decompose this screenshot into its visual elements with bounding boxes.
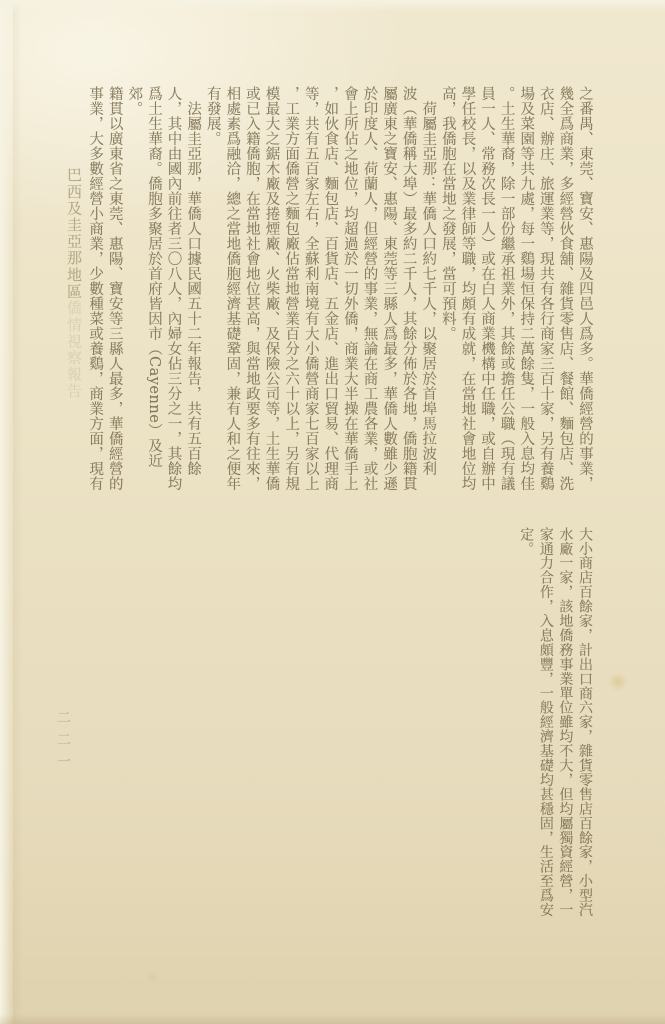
text-column: 場及菜園等共九處，每一鷄場恒保持二萬餘隻，一般入息均佳	[516, 86, 536, 496]
text-column: 法屬圭亞那，華僑人口據民國五十二年報告，共有五百餘	[183, 86, 203, 496]
side-title-faint: 僑情視察報告	[65, 300, 83, 400]
text-column: 員一人、常務次長一人）或在白人商業機構中任職，或自辦中	[476, 86, 496, 496]
text-column: 人，其中由國內前往者三〇八人，內婦女佔三分之一，其餘均	[163, 86, 183, 496]
page-number: 二二一	[53, 710, 73, 776]
text-column: 籍貫以廣東省之東莞、惠陽、寶安等三縣人最多，華僑經營的	[104, 86, 124, 496]
paper-bottom-edge	[0, 1014, 665, 1024]
text-column: 高，我僑胞在當地之發展，當可預料。	[437, 86, 457, 496]
text-column: 大小商店百餘家，計出口商六家，雜貨零售店百餘家，小型汽	[574, 527, 594, 921]
text-column: 荷屬圭亞那：華僑人口約七千人，以聚居於首埠馬拉波利	[418, 86, 438, 496]
text-column: 波（華僑稱大埠）最多約二千人，其餘分佈於各地，僑胞籍貫	[398, 86, 418, 496]
text-column: 定。	[516, 527, 536, 921]
main-text-block: 之番禺、東莞、寶安、惠陽及四邑人爲多。華僑經營的事業，幾全爲商業，多經營伙食舖、…	[85, 86, 594, 496]
text-column: 衣店、辦庄、旅運業等，現共有各行商家三百十家，另有養鷄	[535, 86, 555, 496]
text-column: 家通力合作，入息頗豐，一般經濟基礎均甚穩固，生活至爲安	[535, 527, 555, 921]
text-column: ，如伙食店、麵包店、百貨店、五金店、進出口貿易、代理商	[320, 86, 340, 496]
text-column: 事業，大多數經營小商業，少數種菜或養鷄，商業方面，現有	[85, 86, 105, 496]
continuation-text-block: 大小商店百餘家，計出口商六家，雜貨零售店百餘家，小型汽水廠一家，該地僑務事業單位…	[516, 527, 594, 921]
text-column: 會上所佔之地位，均超過於一切外僑，商業大半操在華僑手上	[339, 86, 359, 496]
text-column: 於印度人、荷蘭人，但經營的事業，無論在商工農各業，或社	[359, 86, 379, 496]
side-title-main: 巴西及圭亞那地區	[65, 167, 83, 300]
text-column: 相處素爲融洽，總之當地僑胞經濟基礎鞏固，兼有人和之便年	[222, 86, 242, 496]
text-column: 屬廣東之寶安、惠陽、東莞等三縣人爲最多，華僑人數雖少遜	[378, 86, 398, 496]
text-column: 幾全爲商業，多經營伙食舖、雜貨零售店、餐館、麵包店、洗	[555, 86, 575, 496]
text-column: 模最大之鋸木廠及捲煙廠、火柴廠、及保險公司等，土生華僑	[261, 86, 281, 496]
text-column: 學任校長，以及業律師等職，均頗有成就，在當地社會地位均	[457, 86, 477, 496]
text-column: 有發展。	[202, 86, 222, 496]
side-running-title: 巴西及圭亞那地區僑情視察報告	[64, 167, 85, 399]
text-column: 等，共有五百家左右，全蘇利南境有大小僑營商家七百家以上	[300, 86, 320, 496]
text-column: 。土生華裔，除一部份繼承祖業外，其餘或擔任公職（現有議	[496, 86, 516, 496]
text-column: 水廠一家，該地僑務事業單位雖均不大，但均屬獨資經營，一	[555, 527, 575, 921]
text-column: ，工業方面僑營之麵包廠佔當地營業百分之六十以上，另有規	[281, 86, 301, 496]
text-column: 或已入籍僑胞，在當地社會地位甚高，與當地政要多有往來，	[241, 86, 261, 496]
text-column: 爲土生華裔。僑胞多聚居於首府皆因市（Cayenne）及近郊。	[124, 86, 163, 496]
text-column: 之番禺、東莞、寶安、惠陽及四邑人爲多。華僑經營的事業，	[574, 86, 594, 496]
